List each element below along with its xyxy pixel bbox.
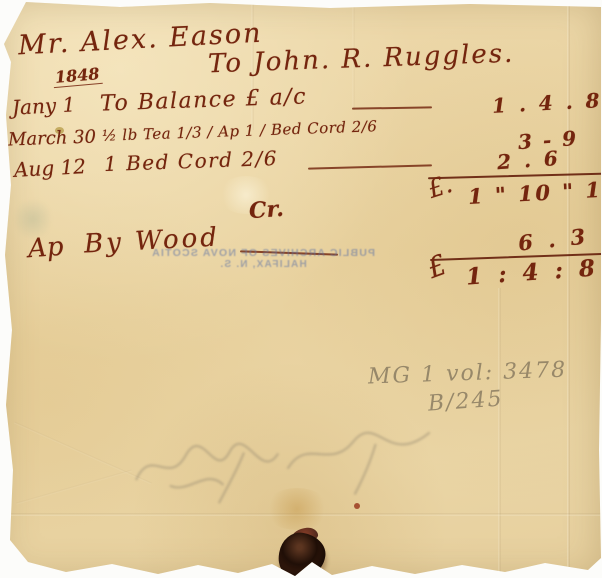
entry-description: To Balance £ a/c (100, 84, 308, 116)
entry-date: March 30 (8, 126, 97, 150)
entry-description: 1 Bed Cord 2/6 (104, 146, 279, 176)
pound-sign: £ (423, 248, 451, 285)
credit-heading: Cr. (248, 196, 284, 224)
archive-stamp-line1: PUBLIC ARCHIVES OF NOVA SCOTIA (138, 247, 388, 259)
ledger-paper: Mr. Alex. Eason To John. R. Ruggles. 184… (0, 0, 602, 578)
year-label: 1848 (52, 64, 102, 88)
archive-stamp: PUBLIC ARCHIVES OF NOVA SCOTIA HALIFAX, … (138, 247, 388, 271)
crease-diagonal-2 (16, 470, 132, 505)
debit-total: 1 " 10 " 11 (467, 176, 602, 209)
balance-total: 1 : 4 : 8 (465, 254, 600, 290)
entry-date: Aug 12 (13, 154, 86, 182)
entry-date: Jany 1 (11, 92, 75, 119)
pound-sign: £. (424, 169, 456, 204)
catalog-reference-2: B/245 (427, 386, 504, 416)
entry-amount: 2 . 6 (496, 146, 561, 174)
fold-crease-bottom-right (498, 288, 501, 578)
ink-dash (308, 164, 432, 169)
entry-amount: 6 . 3 (517, 223, 590, 255)
red-speck (354, 503, 360, 509)
entry-amount: 1 . 4 . 8 (491, 88, 602, 118)
archive-stamp-line2: HALIFAX, N. S. (138, 259, 388, 271)
fold-crease-right (567, 0, 570, 578)
catalog-reference-1: MG 1 vol: 3478 (368, 358, 568, 390)
entry-date: Ap (27, 232, 64, 264)
entry-description: ½ lb Tea 1/3 / Ap 1 / Bed Cord 2/6 (102, 117, 378, 145)
ink-blot (276, 530, 329, 578)
ink-dash (352, 106, 432, 109)
ghost-pencil-marks (125, 418, 448, 509)
